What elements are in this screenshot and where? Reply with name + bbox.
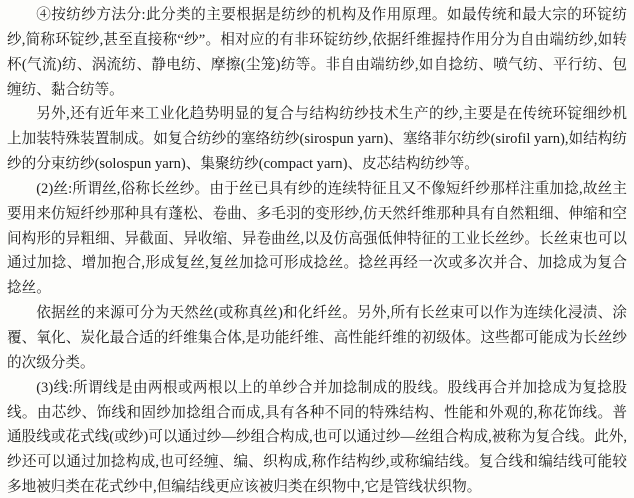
paragraph-thread-definition: (3)线:所谓线是由两根或两根以上的单纱合并加捻制成的股线。股线再合并加捻成为复… — [7, 376, 627, 498]
paragraph-spinning-method-classification: ④按纺纱方法分:此分类的主要根据是纺纱的机构及作用原理。如最传统和最大宗的环锭纺… — [7, 3, 627, 102]
scanned-book-page: ④按纺纱方法分:此分类的主要根据是纺纱的机构及作用原理。如最传统和最大宗的环锭纺… — [0, 0, 634, 498]
paragraph-composite-structural-spinning: 另外,还有近年来工业化趋势明显的复合与结构纺纱技术生产的纱,主要是在传统环锭细纱… — [7, 102, 627, 177]
paragraph-silk-definition: (2)丝:所谓丝,俗称长丝纱。由于丝已具有纱的连续特征且又不像短纤纱那样注重加捻… — [7, 177, 627, 301]
paragraph-silk-sources: 依据丝的来源可分为天然丝(或称真丝)和化纤丝。另外,所有长丝束可以作为连续化浸渍… — [7, 301, 627, 376]
